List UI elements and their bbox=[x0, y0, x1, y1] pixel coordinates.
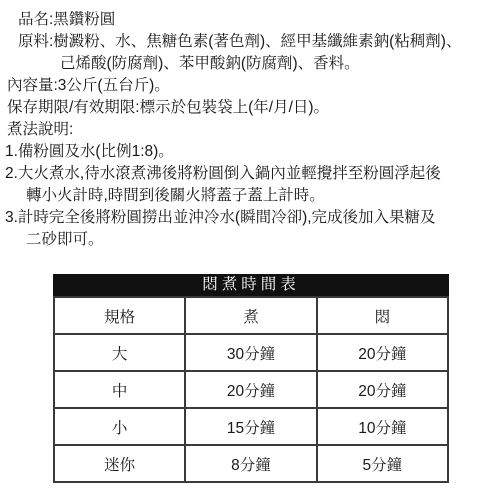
boil-cell: 20分鐘 bbox=[185, 371, 316, 408]
simmer-time-table: 悶煮時間表 規格 煮 悶 大 30分鐘 20分鐘 中 20分鐘 20分鐘 小 1… bbox=[53, 274, 449, 483]
product-name-line: 品名:黑鑽粉圓 bbox=[0, 9, 500, 31]
boil-cell: 30分鐘 bbox=[185, 334, 316, 371]
simmer-time-grid: 規格 煮 悶 大 30分鐘 20分鐘 中 20分鐘 20分鐘 小 15分鐘 10… bbox=[53, 296, 449, 483]
column-header-boil: 煮 bbox=[185, 297, 316, 334]
net-content-line: 內容量:3公斤(五台斤)。 bbox=[0, 75, 500, 97]
table-header-row: 規格 煮 悶 bbox=[54, 297, 448, 334]
cooking-step-3-line-1: 3.計時完全後將粉圓撈出並沖冷水(瞬間冷卻),完成後加入果糖及 bbox=[0, 207, 500, 229]
column-header-spec: 規格 bbox=[54, 297, 185, 334]
simmer-cell: 20分鐘 bbox=[317, 371, 448, 408]
boil-cell: 15分鐘 bbox=[185, 408, 316, 445]
cooking-step-3-line-2: 二砂即可。 bbox=[0, 229, 500, 251]
cooking-step-1: 1.備粉圓及水(比例1:8)。 bbox=[0, 141, 500, 163]
cooking-step-2-line-1: 2.大火煮水,待水滾煮沸後將粉圓倒入鍋內並輕攪拌至粉圓浮起後 bbox=[0, 163, 500, 185]
table-row-mini: 迷你 8分鐘 5分鐘 bbox=[54, 445, 448, 482]
spec-cell: 小 bbox=[54, 408, 185, 445]
simmer-cell: 10分鐘 bbox=[317, 408, 448, 445]
boil-cell: 8分鐘 bbox=[185, 445, 316, 482]
table-row-small: 小 15分鐘 10分鐘 bbox=[54, 408, 448, 445]
table-row-large: 大 30分鐘 20分鐘 bbox=[54, 334, 448, 371]
cooking-instructions-heading: 煮法說明: bbox=[0, 119, 500, 141]
spec-cell: 大 bbox=[54, 334, 185, 371]
simmer-time-table-title: 悶煮時間表 bbox=[53, 274, 449, 296]
table-row-medium: 中 20分鐘 20分鐘 bbox=[54, 371, 448, 408]
ingredients-line-2: 己烯酸(防腐劑)、苯甲酸鈉(防腐劑)、香料。 bbox=[0, 53, 500, 75]
spec-cell: 迷你 bbox=[54, 445, 185, 482]
ingredients-line-1: 原料:樹澱粉、水、焦糖色素(著色劑)、經甲基纖維素鈉(粘稠劑)、 bbox=[0, 31, 500, 53]
shelf-life-line: 保存期限/有效期限:標示於包裝袋上(年/月/日)。 bbox=[0, 97, 500, 119]
simmer-cell: 20分鐘 bbox=[317, 334, 448, 371]
product-label: 品名:黑鑽粉圓 原料:樹澱粉、水、焦糖色素(著色劑)、經甲基纖維素鈉(粘稠劑)、… bbox=[0, 9, 500, 251]
simmer-cell: 5分鐘 bbox=[317, 445, 448, 482]
column-header-simmer: 悶 bbox=[317, 297, 448, 334]
spec-cell: 中 bbox=[54, 371, 185, 408]
cooking-step-2-line-2: 轉小火計時,時間到後關火將蓋子蓋上計時。 bbox=[0, 185, 500, 207]
